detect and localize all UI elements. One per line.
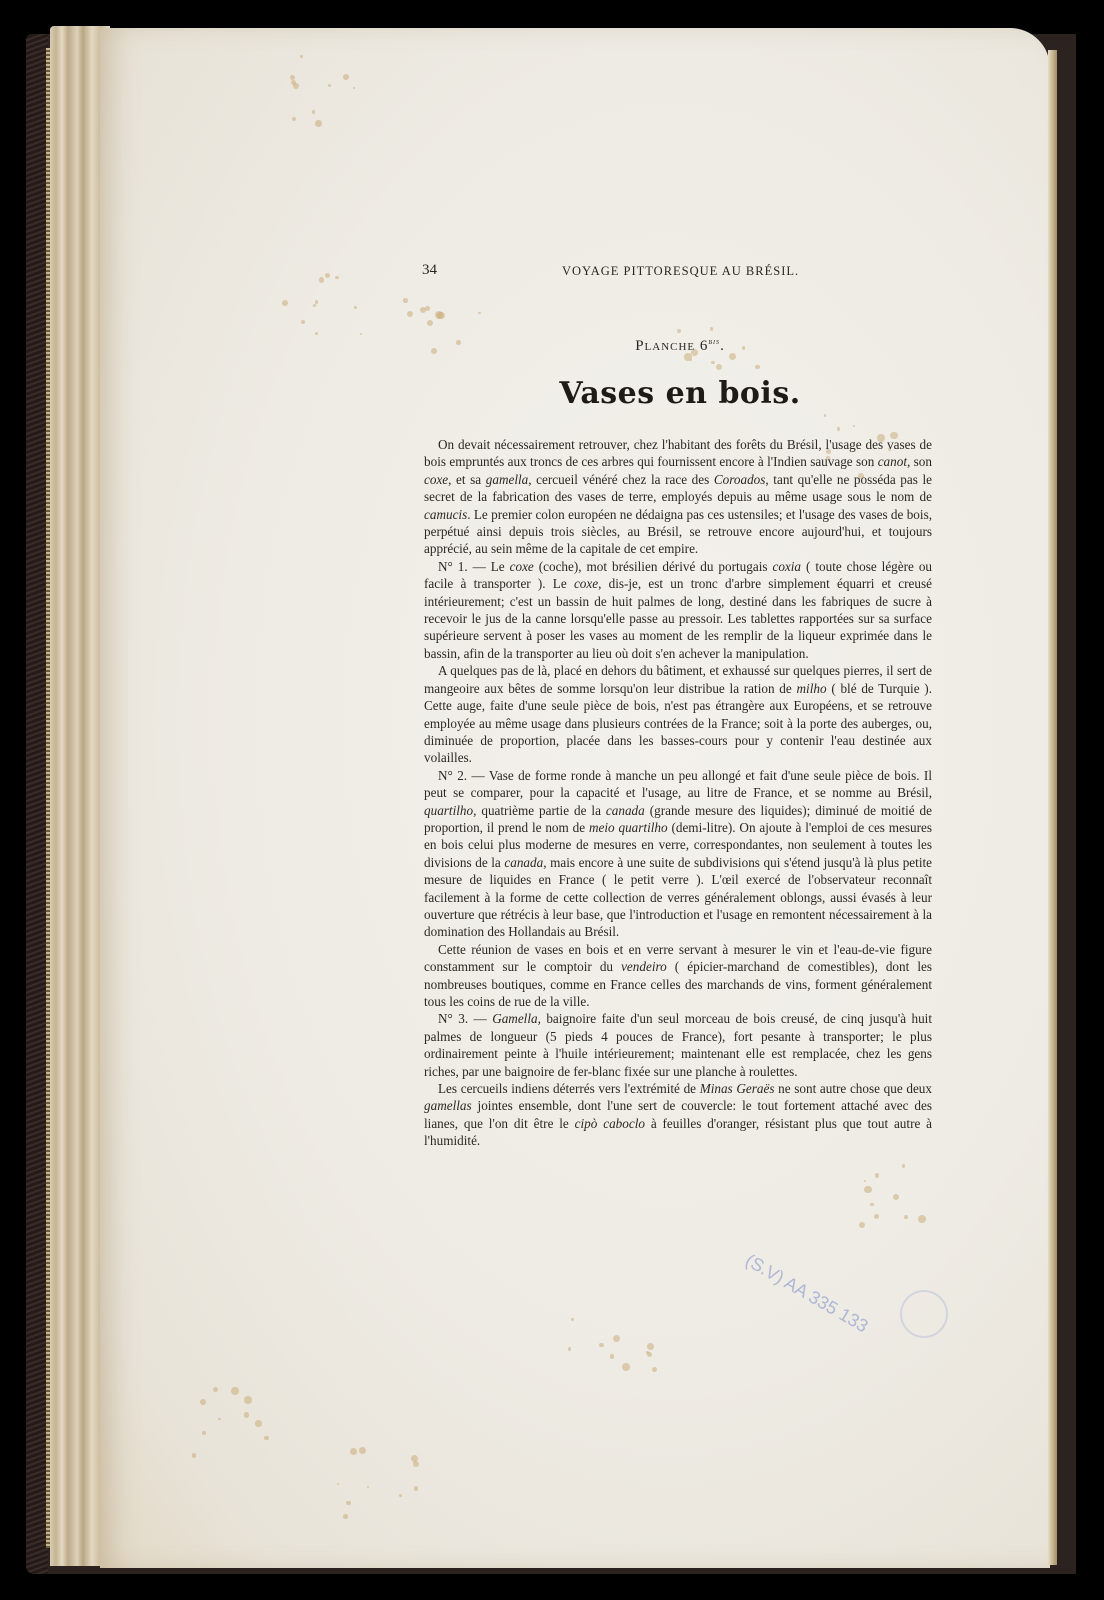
text-run: , cercueil vénéré chez la race des xyxy=(528,472,714,487)
italic-term: quartilho, xyxy=(424,803,476,818)
italic-term: canada xyxy=(606,803,645,818)
foxing-spot xyxy=(350,1448,357,1455)
section-title: Vases en bois. xyxy=(500,376,860,411)
italic-term: Minas Geraës xyxy=(700,1081,775,1096)
foxing-spot xyxy=(293,83,299,89)
text-run: N° 3. — xyxy=(438,1011,492,1026)
foxing-spot xyxy=(870,1203,873,1206)
foxing-spot xyxy=(244,1396,252,1404)
text-run: (coche), mot brésilien dérivé du portuga… xyxy=(534,559,773,574)
foxing-spot xyxy=(902,1164,905,1167)
foxing-spot xyxy=(315,332,318,335)
italic-term: Gamella, xyxy=(492,1011,541,1026)
paragraph: N° 2. — Vase de forme ronde à manche un … xyxy=(424,767,932,941)
foxing-spot xyxy=(353,87,355,89)
foxing-spot xyxy=(571,1318,573,1320)
plate-suffix: . xyxy=(720,338,725,354)
foxing-spot xyxy=(282,300,288,306)
foxing-spot xyxy=(292,117,296,121)
foxing-spot xyxy=(904,1215,908,1219)
text-run: , son xyxy=(907,454,932,469)
foxing-spot xyxy=(403,298,408,303)
foxing-spot xyxy=(647,1343,654,1350)
foxing-spot xyxy=(354,306,356,308)
text-run: On devait nécessairement retrouver, chez… xyxy=(424,437,932,469)
foxing-spot xyxy=(192,1453,197,1458)
italic-term: coxe xyxy=(424,472,448,487)
foxing-spot xyxy=(411,1455,418,1462)
italic-term: canada xyxy=(504,855,543,870)
foxing-spot xyxy=(244,1412,249,1417)
foxing-spot xyxy=(414,1486,419,1491)
page-number: 34 xyxy=(422,262,437,279)
foxing-spot xyxy=(425,306,430,311)
italic-term: cipò caboclo xyxy=(575,1116,645,1131)
paragraph: Les cercueils indiens déterrés vers l'ex… xyxy=(424,1080,932,1150)
text-run: N° 2. — Vase de forme ronde à manche un … xyxy=(424,768,932,800)
text-run: . Le premier colon européen ne dédaigna … xyxy=(424,507,932,557)
foxing-spot xyxy=(431,348,437,354)
foxing-spot xyxy=(328,84,331,87)
italic-term: gamellas xyxy=(424,1098,472,1113)
italic-term: meio quartilho xyxy=(589,820,668,835)
italic-term: canot xyxy=(878,454,907,469)
foxing-spot xyxy=(255,1420,262,1427)
foxing-spot xyxy=(599,1343,604,1348)
paragraph: A quelques pas de là, placé en dehors du… xyxy=(424,662,932,766)
foxing-spot xyxy=(407,311,413,317)
foxing-spot xyxy=(456,340,460,344)
running-title: VOYAGE PITTORESQUE AU BRÉSIL. xyxy=(562,264,799,279)
library-stamp-circle xyxy=(900,1290,948,1338)
text-run: , et sa xyxy=(448,472,486,487)
foxing-spot xyxy=(399,1494,402,1497)
paragraph: On devait nécessairement retrouver, chez… xyxy=(424,436,932,558)
text-run: ne sont autre chose que deux xyxy=(774,1081,932,1096)
foxing-spot xyxy=(613,1335,620,1342)
foxing-spot xyxy=(312,110,315,113)
text-run: quatrième partie de la xyxy=(476,803,606,818)
italic-term: coxe xyxy=(574,576,598,591)
book-spine-leather xyxy=(26,34,48,1574)
foxing-spot xyxy=(300,55,303,58)
plate-superscript: bis xyxy=(708,336,720,346)
paragraph: Cette réunion de vases en bois et en ver… xyxy=(424,941,932,1011)
paragraph: N° 1. — Le coxe (coche), mot brésilien d… xyxy=(424,558,932,662)
foxing-spot xyxy=(313,304,316,307)
foxing-spot xyxy=(319,277,324,282)
foxing-spot xyxy=(478,312,480,314)
italic-term: vendeiro xyxy=(621,959,667,974)
italic-term: milho xyxy=(797,681,827,696)
foxing-spot xyxy=(437,312,444,319)
text-run: N° 1. — Le xyxy=(438,559,510,574)
page-fore-edge xyxy=(1048,50,1057,1565)
italic-term: camucis xyxy=(424,507,467,522)
body-text: On devait nécessairement retrouver, chez… xyxy=(424,436,932,1150)
italic-term: coxe xyxy=(510,559,534,574)
foxing-spot xyxy=(343,74,349,80)
foxing-spot xyxy=(315,120,321,126)
foxing-spot xyxy=(360,333,362,335)
plate-heading: Planche 6bis. xyxy=(500,336,860,355)
foxing-spot xyxy=(343,1514,348,1519)
italic-term: gamella xyxy=(486,472,529,487)
foxing-spot xyxy=(218,1418,220,1420)
foxing-spot xyxy=(290,75,295,80)
text-run: Les cercueils indiens déterrés vers l'ex… xyxy=(438,1081,700,1096)
foxing-spot xyxy=(610,1354,614,1358)
italic-term: coxia xyxy=(772,559,801,574)
foxing-spot xyxy=(652,1367,657,1372)
plate-label: Planche 6 xyxy=(635,338,708,354)
paragraph: N° 3. — Gamella, baignoire faite d'un se… xyxy=(424,1010,932,1080)
foxing-spot xyxy=(711,361,715,365)
running-head: 34 VOYAGE PITTORESQUE AU BRÉSIL. xyxy=(422,262,922,282)
italic-term: Coroados xyxy=(714,472,766,487)
